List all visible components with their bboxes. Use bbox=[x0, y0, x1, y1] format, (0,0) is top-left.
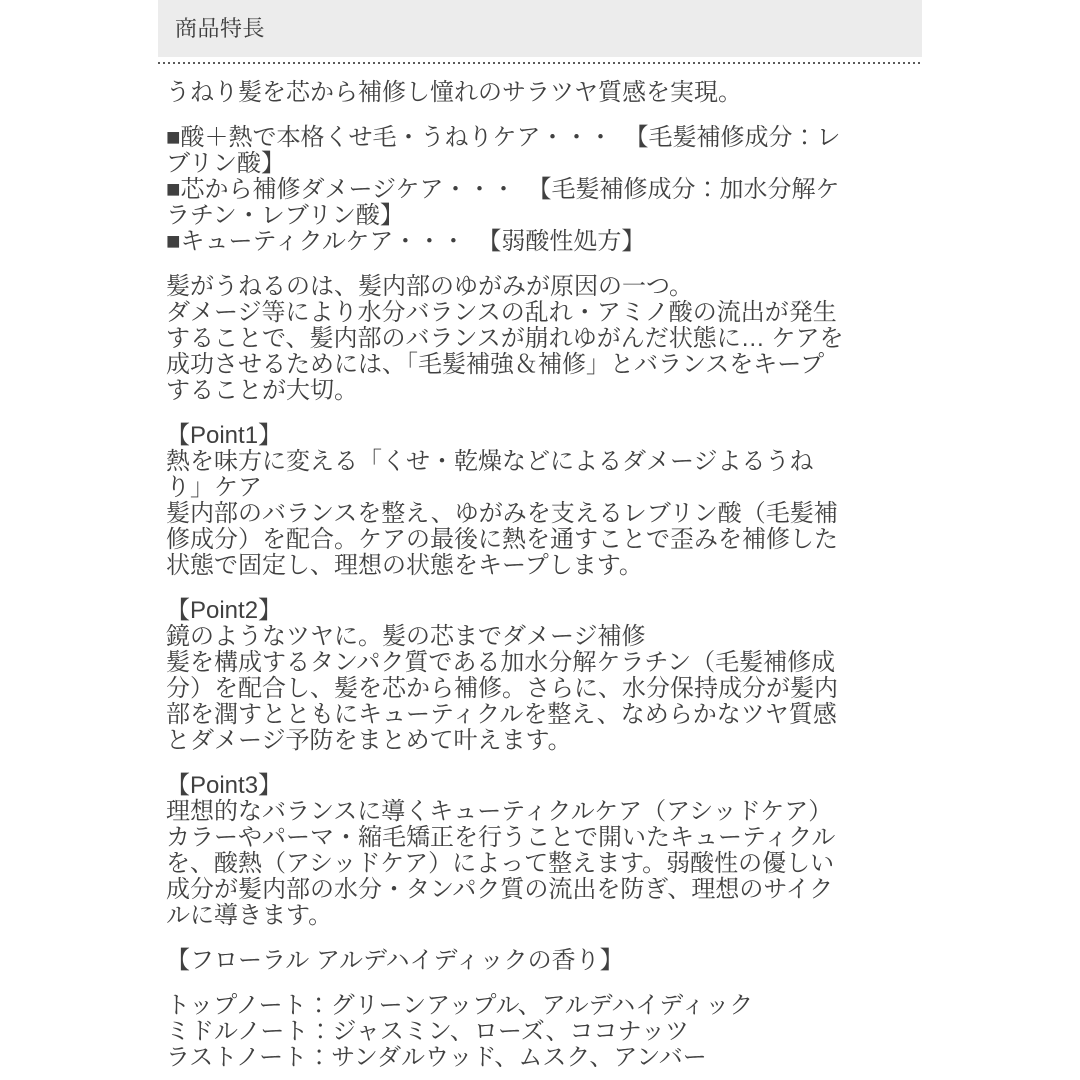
feature-bullets-paragraph: ■酸＋熱で本格くせ毛・うねりケア・・・ 【毛髪補修成分：レ ブリン酸】 ■芯から… bbox=[166, 125, 922, 255]
fragrance-notes-paragraph: トップノート：グリーンアップル、アルデハイディック ミドルノート：ジャスミン、ロ… bbox=[166, 993, 922, 1071]
product-description-page: 商品特長 うねり髪を芯から補修し憧れのサラツヤ質感を実現。 ■酸＋熱で本格くせ毛… bbox=[0, 0, 1080, 1080]
product-features-text: うねり髪を芯から補修し憧れのサラツヤ質感を実現。 ■酸＋熱で本格くせ毛・うねりケ… bbox=[158, 64, 922, 1071]
section-title: 商品特長 bbox=[175, 12, 922, 43]
point2-paragraph: 【Point2】 鏡のようなツヤに。髪の芯までダメージ補修 髪を構成するタンパク… bbox=[166, 598, 922, 754]
point3-paragraph: 【Point3】 理想的なバランスに導くキューティクルケア（アシッドケア） カラ… bbox=[166, 773, 922, 929]
fragrance-title-paragraph: 【フローラル アルデハイディックの香り】 bbox=[166, 948, 922, 974]
cause-explanation-paragraph: 髪がうねるのは、髪内部のゆがみが原因の一つ。 ダメージ等により水分バランスの乱れ… bbox=[166, 274, 922, 404]
content-column: 商品特長 うねり髪を芯から補修し憧れのサラツヤ質感を実現。 ■酸＋熱で本格くせ毛… bbox=[158, 0, 922, 1071]
section-header: 商品特長 bbox=[158, 0, 922, 57]
intro-paragraph: うねり髪を芯から補修し憧れのサラツヤ質感を実現。 bbox=[166, 80, 922, 106]
point1-paragraph: 【Point1】 熱を味方に変える「くせ・乾燥などによるダメージよるうね り」ケ… bbox=[166, 423, 922, 579]
